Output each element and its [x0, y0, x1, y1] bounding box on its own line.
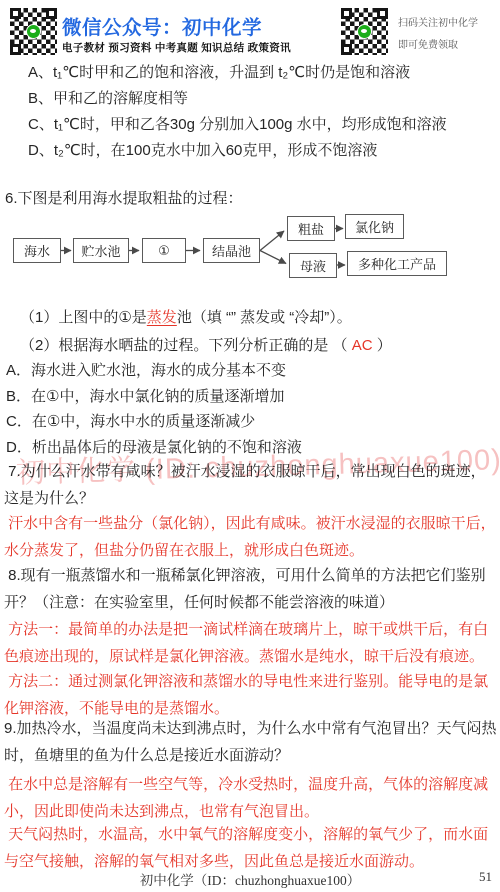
footer-text: 初中化学（ID：chuzhonghuaxue100） [0, 869, 500, 889]
q9-answer2: 天气闷热时，水温高，水中氧气的溶解度变小，溶解的氧气少了，而水面与空气接触，溶解… [0, 822, 500, 875]
flow-node-reservoir: 贮水池 [73, 238, 129, 263]
q6-sub1-answer: 蒸发 [147, 309, 177, 326]
header-subtitle: 电子教材 预习资料 中考真题 知识总结 政策资讯 [62, 40, 291, 55]
text-line: 方法一：最简单的办法是把一滴试样滴在玻璃片上，晾干或烘干后，有白 [4, 617, 500, 644]
flow-node-mother-liquor: 母液 [289, 253, 337, 278]
text-line: C、t₁℃时，甲和乙各30g 分别加入100g 水中，均形成饱和溶液 [28, 112, 500, 138]
q6-stem-text: 6.下图是利用海水提取粗盐的过程： [5, 190, 243, 207]
q8-method1: 方法一：最简单的办法是把一滴试样滴在玻璃片上，晾干或烘干后，有白色痕迹出现的，原… [0, 617, 500, 670]
wechat-header: 微信公众号：初中化学 电子教材 预习资料 中考真题 知识总结 政策资讯 扫码关注… [0, 0, 500, 62]
qr-finder-icon [46, 8, 57, 19]
q6-sub1-prefix: （1）上图中的①是 [20, 309, 147, 326]
flow-node-step1: ① [142, 238, 186, 263]
text-line: D．析出晶体后的母液是氯化钠的不饱和溶液 [6, 435, 500, 461]
q8-method2: 方法二：通过测氯化钾溶液和蒸馏水的导电性来进行鉴别。能导电的是氯化钾溶液，不能导… [0, 669, 500, 722]
flow-node-crude-salt: 粗盐 [287, 216, 335, 241]
wechat-account-title: 微信公众号：初中化学 [62, 12, 262, 40]
text-line: 开？（注意：在实验室里，任何时候都不能尝溶液的味道） [4, 590, 500, 617]
text-line: 在水中总是溶解有一些空气等，冷水受热时，温度升高，气体的溶解度减 [4, 772, 500, 799]
text-line: B、甲和乙的溶解度相等 [28, 86, 500, 112]
q7-answer: 汗水中含有一些盐分（氯化钠），因此有咸味。被汗水浸湿的衣服晾干后，水分蒸发了，但… [0, 511, 500, 564]
qr-finder-icon [377, 8, 388, 19]
text-line: B．在①中，海水中氯化钠的质量逐渐增加 [6, 384, 500, 410]
q7-question: 7.为什么汗水带有咸味？被汗水浸湿的衣服晾干后，常出现白色的斑迹，这是为什么？ [0, 459, 500, 512]
qr-finder-icon [341, 44, 352, 55]
q6-sub1-suffix: 池（填 “” 蒸发或 “冷却”）。 [177, 309, 352, 326]
text-line: 这是为什么？ [4, 486, 500, 513]
q5-options: A、t₁℃时甲和乙的饱和溶液，升温到 t₂℃时仍是饱和溶液B、甲和乙的溶解度相等… [0, 60, 500, 164]
text-line: C．在①中，海水中水的质量逐渐减少 [6, 409, 500, 435]
qr-code-left [10, 8, 57, 55]
q6-options: A．海水进入贮水池，海水的成分基本不变B．在①中，海水中氯化钠的质量逐渐增加C．… [0, 358, 500, 460]
text-line: A、t₁℃时甲和乙的饱和溶液，升温到 t₂℃时仍是饱和溶液 [28, 60, 500, 86]
q8-question: 8.现有一瓶蒸馏水和一瓶稀氯化钾溶液，可用什么简单的方法把它们鉴别开？（注意：在… [0, 563, 500, 616]
qr-code-right [341, 8, 388, 55]
wechat-logo-icon [26, 24, 41, 39]
q6-sub1: （1）上图中的①是蒸发池（填 “” 蒸发或 “冷却”）。 [20, 304, 500, 332]
text-line: 色痕迹出现的，原试样是氯化钾溶液。蒸馏水是纯水，晾干后没有痕迹。 [4, 644, 500, 671]
qr-finder-icon [10, 8, 21, 19]
flow-node-seawater: 海水 [13, 238, 61, 263]
q9-answer1: 在水中总是溶解有一些空气等，冷水受热时，温度升高，气体的溶解度减小，因此即使尚未… [0, 772, 500, 825]
q6-sub2-answer: AC [352, 337, 373, 354]
page-number: 51 [479, 869, 492, 885]
flow-node-crystallization: 结晶池 [203, 238, 260, 263]
text-line: D、t₂℃时，在100克水中加入60克甲，形成不饱溶液 [28, 138, 500, 164]
text-line: 水分蒸发了，但盐分仍留在衣服上，就形成白色斑迹。 [4, 538, 500, 565]
text-line: 9.加热冷水，当温度尚未达到沸点时，为什么水中常有气泡冒出？天气闷热 [4, 716, 500, 743]
q6-sub2: （2）根据海水晒盐的过程。下列分析正确的是 （ AC ） [20, 332, 500, 360]
flow-node-chemical-products: 多种化工产品 [347, 251, 447, 276]
text-line: 8.现有一瓶蒸馏水和一瓶稀氯化钾溶液，可用什么简单的方法把它们鉴别 [4, 563, 500, 590]
text-line: 时，鱼塘里的鱼为什么总是接近水面游动？ [4, 743, 500, 770]
qr-caption-line1: 扫码关注初中化学 [398, 18, 478, 29]
q6-subquestions: （1）上图中的①是蒸发池（填 “” 蒸发或 “冷却”）。 （2）根据海水晒盐的过… [0, 304, 500, 360]
wechat-logo-icon [357, 24, 372, 39]
qr-caption-line2: 即可免费领取 [398, 40, 458, 51]
q9-question: 9.加热冷水，当温度尚未达到沸点时，为什么水中常有气泡冒出？天气闷热时，鱼塘里的… [0, 716, 500, 769]
text-line: 天气闷热时，水温高，水中氧气的溶解度变小，溶解的氧气少了，而水面 [4, 822, 500, 849]
worksheet-page: 微信公众号：初中化学 电子教材 预习资料 中考真题 知识总结 政策资讯 扫码关注… [0, 0, 500, 892]
q6-sub2-prefix: （2）根据海水晒盐的过程。下列分析正确的是 （ [20, 337, 352, 354]
text-line: 汗水中含有一些盐分（氯化钠），因此有咸味。被汗水浸湿的衣服晾干后， [4, 511, 500, 538]
qr-finder-icon [341, 8, 352, 19]
q6-sub2-suffix: ） [373, 337, 392, 354]
qr-finder-icon [10, 44, 21, 55]
text-line: 方法二：通过测氯化钾溶液和蒸馏水的导电性来进行鉴别。能导电的是氯 [4, 669, 500, 696]
salt-extraction-flowchart: 海水 贮水池 ① 结晶池 粗盐 氯化钠 母液 多种化工产品 [0, 206, 500, 300]
text-line: 7.为什么汗水带有咸味？被汗水浸湿的衣服晾干后，常出现白色的斑迹， [4, 459, 500, 486]
text-line: A．海水进入贮水池，海水的成分基本不变 [6, 358, 500, 384]
qr-caption: 扫码关注初中化学即可免费领取 [398, 13, 478, 57]
flow-node-sodium-chloride: 氯化钠 [345, 214, 404, 239]
